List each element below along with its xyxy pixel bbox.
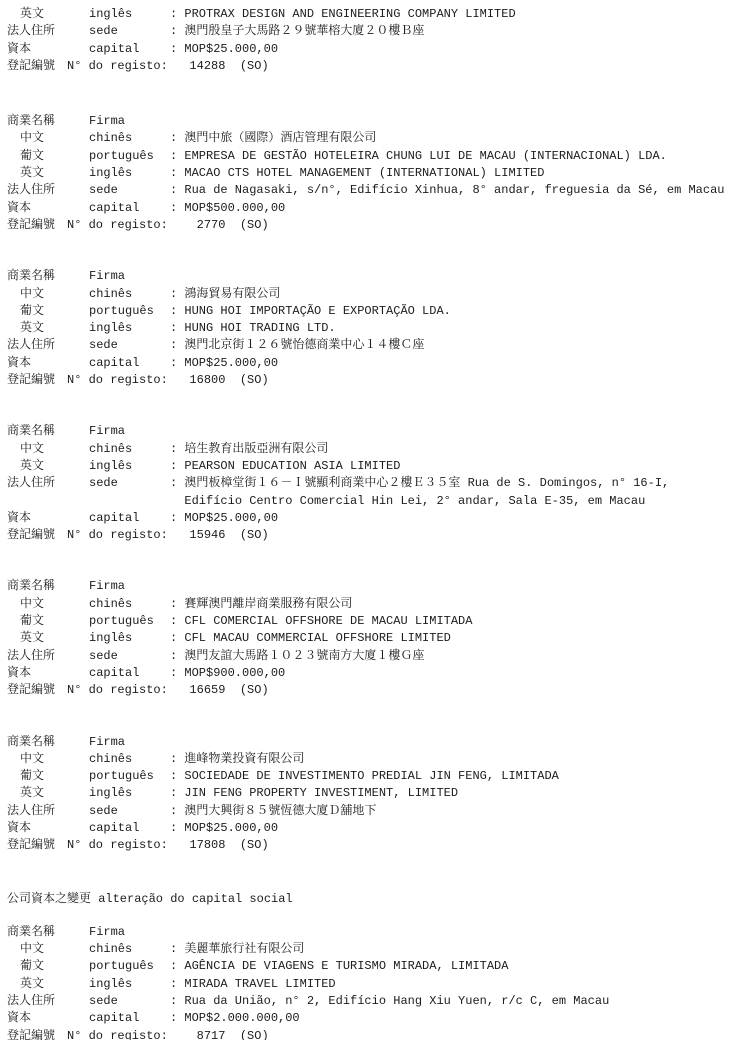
- registry-number-value: 16659 (SO): [168, 682, 735, 699]
- label-capital-zh: 資本: [0, 200, 89, 217]
- label-firm-zh: 商業名稱: [0, 924, 89, 941]
- label-sede-zh: 法人住所: [0, 648, 89, 665]
- label-english-zh: 英文: [0, 630, 89, 647]
- capital-value: : MOP$2.000.000,00: [170, 1010, 735, 1027]
- field-row-sede-continued: Edifício Centro Comercial Hin Lei, 2° an…: [0, 493, 735, 510]
- field-row-registry: 登記編號 N° do registo: 8717 (SO): [0, 1028, 735, 1040]
- registry-number-value: 16800 (SO): [168, 372, 735, 389]
- label-chinese-zh: 中文: [0, 130, 89, 147]
- label-capital-zh: 資本: [0, 355, 89, 372]
- field-row-capital: 資本 capital : MOP$25.000,00: [0, 355, 735, 372]
- label-capital-zh: 資本: [0, 820, 89, 837]
- field-row-english-name: 英文 inglês : MIRADA TRAVEL LIMITED: [0, 976, 735, 993]
- field-row-capital: 資本 capital : MOP$25.000,00: [0, 820, 735, 837]
- spacer: [0, 493, 89, 510]
- label-firm-pt: Firma: [89, 268, 170, 285]
- label-capital-zh: 資本: [0, 510, 89, 527]
- field-row-capital: 資本 capital : MOP$2.000.000,00: [0, 1010, 735, 1027]
- sede-value: : Rua da União, n° 2, Edifício Hang Xiu …: [170, 993, 735, 1010]
- sede-value: : 澳門大興街８５號恆德大廈Ｄ舖地下: [170, 803, 735, 820]
- label-firm-zh: 商業名稱: [0, 268, 89, 285]
- field-row-chinese-name: 中文 chinês : 鴻海貿易有限公司: [0, 286, 735, 303]
- field-row-english-name: 英文 inglês : HUNG HOI TRADING LTD.: [0, 320, 735, 337]
- label-sede-zh: 法人住所: [0, 993, 89, 1010]
- label-portuguese-zh: 葡文: [0, 768, 89, 785]
- label-firm-pt: Firma: [89, 423, 170, 440]
- label-portuguese-pt: português: [89, 958, 170, 975]
- chinese-name-value: : 培生教育出版亞洲有限公司: [170, 441, 735, 458]
- label-english-zh: 英文: [0, 165, 89, 182]
- label-firm-zh: 商業名稱: [0, 423, 89, 440]
- field-row-sede: 法人住所 sede : 澳門北京街１２６號怡德商業中心１４樓Ｃ座: [0, 337, 735, 354]
- field-row-sede: 法人住所 sede : Rua de Nagasaki, s/n°, Edifí…: [0, 182, 735, 199]
- gazette-registry-page: 英文 inglês : PROTRAX DESIGN AND ENGINEERI…: [0, 0, 735, 1040]
- label-portuguese-zh: 葡文: [0, 613, 89, 630]
- field-row-capital: 資本 capital : MOP$900.000,00: [0, 665, 735, 682]
- company-entry-hung-hoi: 商業名稱 Firma 中文 chinês : 鴻海貿易有限公司 葡文 portu…: [0, 268, 735, 389]
- field-row-chinese-name: 中文 chinês : 進峰物業投資有限公司: [0, 751, 735, 768]
- portuguese-name-value: : EMPRESA DE GESTÃO HOTELEIRA CHUNG LUI …: [170, 148, 735, 165]
- company-entry-mirada: 商業名稱 Firma 中文 chinês : 美麗華旅行社有限公司 葡文 por…: [0, 924, 735, 1040]
- label-english-pt: inglês: [89, 976, 170, 993]
- capital-value: : MOP$25.000,00: [170, 355, 735, 372]
- label-chinese-pt: chinês: [89, 441, 170, 458]
- label-sede-pt: sede: [89, 648, 170, 665]
- chinese-name-value: : 賽輝澳門離岸商業服務有限公司: [170, 596, 735, 613]
- label-capital-zh: 資本: [0, 41, 89, 58]
- label-chinese-zh: 中文: [0, 596, 89, 613]
- label-portuguese-zh: 葡文: [0, 303, 89, 320]
- field-row-firm: 商業名稱 Firma: [0, 734, 735, 751]
- label-firm-zh: 商業名稱: [0, 578, 89, 595]
- label-capital-pt: capital: [89, 510, 170, 527]
- label-english-pt: inglês: [89, 458, 170, 475]
- registry-number-value: 17808 (SO): [168, 837, 735, 854]
- company-entry-protrax: 英文 inglês : PROTRAX DESIGN AND ENGINEERI…: [0, 6, 735, 75]
- field-row-registry: 登記編號 N° do registo: 14288 (SO): [0, 58, 735, 75]
- label-registry-zh: 登記編號: [0, 58, 67, 75]
- capital-value: : MOP$25.000,00: [170, 41, 735, 58]
- label-firm-zh: 商業名稱: [0, 734, 89, 751]
- label-sede-pt: sede: [89, 182, 170, 199]
- label-firm-pt: Firma: [89, 113, 170, 130]
- company-entry-jin-feng: 商業名稱 Firma 中文 chinês : 進峰物業投資有限公司 葡文 por…: [0, 734, 735, 855]
- chinese-name-value: : 澳門中旅（國際）酒店管理有限公司: [170, 130, 735, 147]
- label-registry-zh: 登記編號: [0, 527, 67, 544]
- english-name-value: : MACAO CTS HOTEL MANAGEMENT (INTERNATIO…: [170, 165, 735, 182]
- chinese-name-value: : 美麗華旅行社有限公司: [170, 941, 735, 958]
- sede-value: : 澳門殷皇子大馬路２９號華榕大廈２０樓Ｂ座: [170, 23, 735, 40]
- label-firm-pt: Firma: [89, 578, 170, 595]
- firm-value: [170, 578, 735, 595]
- company-entry-macao-cts: 商業名稱 Firma 中文 chinês : 澳門中旅（國際）酒店管理有限公司 …: [0, 113, 735, 234]
- label-english-pt: inglês: [89, 785, 170, 802]
- field-row-sede: 法人住所 sede : 澳門友誼大馬路１０２３號南方大廈１樓Ｇ座: [0, 648, 735, 665]
- field-row-capital: 資本 capital : MOP$25.000,00: [0, 41, 735, 58]
- label-sede-zh: 法人住所: [0, 475, 89, 492]
- field-row-sede: 法人住所 sede : Rua da União, n° 2, Edifício…: [0, 993, 735, 1010]
- field-row-english-name: 英文 inglês : PROTRAX DESIGN AND ENGINEERI…: [0, 6, 735, 23]
- label-sede-zh: 法人住所: [0, 337, 89, 354]
- label-registry-zh: 登記編號: [0, 217, 67, 234]
- label-registry-zh: 登記編號: [0, 837, 67, 854]
- label-sede-pt: sede: [89, 993, 170, 1010]
- registry-number-value: 2770 (SO): [168, 217, 735, 234]
- field-row-sede: 法人住所 sede : 澳門板樟堂街１６－Ｉ號顯利商業中心２樓Ｅ３５室 Rua …: [0, 475, 735, 492]
- label-english-zh: 英文: [0, 458, 89, 475]
- label-portuguese-pt: português: [89, 148, 170, 165]
- label-capital-pt: capital: [89, 41, 170, 58]
- portuguese-name-value: : CFL COMERCIAL OFFSHORE DE MACAU LIMITA…: [170, 613, 735, 630]
- label-english-zh: 英文: [0, 6, 89, 23]
- label-chinese-zh: 中文: [0, 751, 89, 768]
- label-english-zh: 英文: [0, 976, 89, 993]
- english-name-value: : JIN FENG PROPERTY INVESTIMENT, LIMITED: [170, 785, 735, 802]
- label-chinese-pt: chinês: [89, 596, 170, 613]
- firm-value: [170, 734, 735, 751]
- field-row-chinese-name: 中文 chinês : 培生教育出版亞洲有限公司: [0, 441, 735, 458]
- label-sede-pt: sede: [89, 23, 170, 40]
- label-english-pt: inglês: [89, 6, 170, 23]
- label-registry-pt: N° do registo:: [67, 1028, 168, 1040]
- label-portuguese-zh: 葡文: [0, 958, 89, 975]
- label-capital-pt: capital: [89, 355, 170, 372]
- company-entry-cfl: 商業名稱 Firma 中文 chinês : 賽輝澳門離岸商業服務有限公司 葡文…: [0, 578, 735, 699]
- field-row-registry: 登記編號 N° do registo: 16659 (SO): [0, 682, 735, 699]
- label-registry-zh: 登記編號: [0, 1028, 67, 1040]
- sede-value: : Rua de Nagasaki, s/n°, Edifício Xinhua…: [170, 182, 735, 199]
- field-row-portuguese-name: 葡文 português : AGÊNCIA DE VIAGENS E TURI…: [0, 958, 735, 975]
- label-registry-pt: N° do registo:: [67, 372, 168, 389]
- label-portuguese-zh: 葡文: [0, 148, 89, 165]
- field-row-firm: 商業名稱 Firma: [0, 924, 735, 941]
- field-row-registry: 登記編號 N° do registo: 15946 (SO): [0, 527, 735, 544]
- field-row-portuguese-name: 葡文 português : CFL COMERCIAL OFFSHORE DE…: [0, 613, 735, 630]
- english-name-value: : PROTRAX DESIGN AND ENGINEERING COMPANY…: [170, 6, 735, 23]
- english-name-value: : CFL MACAU COMMERCIAL OFFSHORE LIMITED: [170, 630, 735, 647]
- label-sede-pt: sede: [89, 475, 170, 492]
- field-row-sede: 法人住所 sede : 澳門殷皇子大馬路２９號華榕大廈２０樓Ｂ座: [0, 23, 735, 40]
- portuguese-name-value: : HUNG HOI IMPORTAÇÃO E EXPORTAÇÃO LDA.: [170, 303, 735, 320]
- firm-value: [170, 268, 735, 285]
- label-registry-zh: 登記編號: [0, 682, 67, 699]
- field-row-registry: 登記編號 N° do registo: 17808 (SO): [0, 837, 735, 854]
- field-row-firm: 商業名稱 Firma: [0, 268, 735, 285]
- label-english-zh: 英文: [0, 320, 89, 337]
- label-english-zh: 英文: [0, 785, 89, 802]
- label-registry-pt: N° do registo:: [67, 58, 168, 75]
- english-name-value: : PEARSON EDUCATION ASIA LIMITED: [170, 458, 735, 475]
- label-chinese-pt: chinês: [89, 130, 170, 147]
- registry-number-value: 8717 (SO): [168, 1028, 735, 1040]
- sede-value: : 澳門北京街１２６號怡德商業中心１４樓Ｃ座: [170, 337, 735, 354]
- label-capital-pt: capital: [89, 820, 170, 837]
- label-capital-zh: 資本: [0, 1010, 89, 1027]
- label-portuguese-pt: português: [89, 768, 170, 785]
- field-row-capital: 資本 capital : MOP$25.000,00: [0, 510, 735, 527]
- sede-value-line2: Edifício Centro Comercial Hin Lei, 2° an…: [170, 493, 735, 510]
- label-sede-zh: 法人住所: [0, 803, 89, 820]
- field-row-chinese-name: 中文 chinês : 美麗華旅行社有限公司: [0, 941, 735, 958]
- label-firm-pt: Firma: [89, 924, 170, 941]
- firm-value: [170, 924, 735, 941]
- field-row-capital: 資本 capital : MOP$500.000,00: [0, 200, 735, 217]
- field-row-firm: 商業名稱 Firma: [0, 113, 735, 130]
- field-row-english-name: 英文 inglês : MACAO CTS HOTEL MANAGEMENT (…: [0, 165, 735, 182]
- capital-value: : MOP$500.000,00: [170, 200, 735, 217]
- field-row-firm: 商業名稱 Firma: [0, 578, 735, 595]
- field-row-portuguese-name: 葡文 português : SOCIEDADE DE INVESTIMENTO…: [0, 768, 735, 785]
- sede-value: : 澳門板樟堂街１６－Ｉ號顯利商業中心２樓Ｅ３５室 Rua de S. Domi…: [170, 475, 735, 492]
- label-portuguese-pt: português: [89, 303, 170, 320]
- sede-value: : 澳門友誼大馬路１０２３號南方大廈１樓Ｇ座: [170, 648, 735, 665]
- english-name-value: : MIRADA TRAVEL LIMITED: [170, 976, 735, 993]
- label-english-pt: inglês: [89, 320, 170, 337]
- field-row-registry: 登記編號 N° do registo: 2770 (SO): [0, 217, 735, 234]
- registry-number-value: 14288 (SO): [168, 58, 735, 75]
- registry-number-value: 15946 (SO): [168, 527, 735, 544]
- label-sede-zh: 法人住所: [0, 23, 89, 40]
- label-registry-pt: N° do registo:: [67, 837, 168, 854]
- field-row-portuguese-name: 葡文 português : EMPRESA DE GESTÃO HOTELEI…: [0, 148, 735, 165]
- english-name-value: : HUNG HOI TRADING LTD.: [170, 320, 735, 337]
- chinese-name-value: : 鴻海貿易有限公司: [170, 286, 735, 303]
- spacer: [89, 493, 170, 510]
- label-portuguese-pt: português: [89, 613, 170, 630]
- field-row-english-name: 英文 inglês : JIN FENG PROPERTY INVESTIMEN…: [0, 785, 735, 802]
- label-capital-pt: capital: [89, 665, 170, 682]
- field-row-chinese-name: 中文 chinês : 澳門中旅（國際）酒店管理有限公司: [0, 130, 735, 147]
- field-row-english-name: 英文 inglês : CFL MACAU COMMERCIAL OFFSHOR…: [0, 630, 735, 647]
- label-chinese-zh: 中文: [0, 441, 89, 458]
- company-entry-pearson: 商業名稱 Firma 中文 chinês : 培生教育出版亞洲有限公司 英文 i…: [0, 423, 735, 544]
- label-chinese-zh: 中文: [0, 941, 89, 958]
- label-registry-zh: 登記編號: [0, 372, 67, 389]
- label-chinese-pt: chinês: [89, 941, 170, 958]
- capital-value: : MOP$900.000,00: [170, 665, 735, 682]
- label-capital-zh: 資本: [0, 665, 89, 682]
- field-row-chinese-name: 中文 chinês : 賽輝澳門離岸商業服務有限公司: [0, 596, 735, 613]
- label-english-pt: inglês: [89, 165, 170, 182]
- field-row-english-name: 英文 inglês : PEARSON EDUCATION ASIA LIMIT…: [0, 458, 735, 475]
- label-capital-pt: capital: [89, 1010, 170, 1027]
- capital-value: : MOP$25.000,00: [170, 510, 735, 527]
- label-registry-pt: N° do registo:: [67, 682, 168, 699]
- section-heading-capital-alteration: 公司資本之變更 alteração do capital social: [0, 891, 735, 908]
- field-row-registry: 登記編號 N° do registo: 16800 (SO): [0, 372, 735, 389]
- label-registry-pt: N° do registo:: [67, 527, 168, 544]
- label-registry-pt: N° do registo:: [67, 217, 168, 234]
- portuguese-name-value: : AGÊNCIA DE VIAGENS E TURISMO MIRADA, L…: [170, 958, 735, 975]
- capital-value: : MOP$25.000,00: [170, 820, 735, 837]
- label-sede-pt: sede: [89, 803, 170, 820]
- field-row-portuguese-name: 葡文 português : HUNG HOI IMPORTAÇÃO E EXP…: [0, 303, 735, 320]
- label-chinese-pt: chinês: [89, 286, 170, 303]
- firm-value: [170, 423, 735, 440]
- field-row-firm: 商業名稱 Firma: [0, 423, 735, 440]
- firm-value: [170, 113, 735, 130]
- label-capital-pt: capital: [89, 200, 170, 217]
- label-english-pt: inglês: [89, 630, 170, 647]
- label-sede-pt: sede: [89, 337, 170, 354]
- label-sede-zh: 法人住所: [0, 182, 89, 199]
- chinese-name-value: : 進峰物業投資有限公司: [170, 751, 735, 768]
- label-chinese-pt: chinês: [89, 751, 170, 768]
- label-firm-pt: Firma: [89, 734, 170, 751]
- field-row-sede: 法人住所 sede : 澳門大興街８５號恆德大廈Ｄ舖地下: [0, 803, 735, 820]
- label-chinese-zh: 中文: [0, 286, 89, 303]
- label-firm-zh: 商業名稱: [0, 113, 89, 130]
- portuguese-name-value: : SOCIEDADE DE INVESTIMENTO PREDIAL JIN …: [170, 768, 735, 785]
